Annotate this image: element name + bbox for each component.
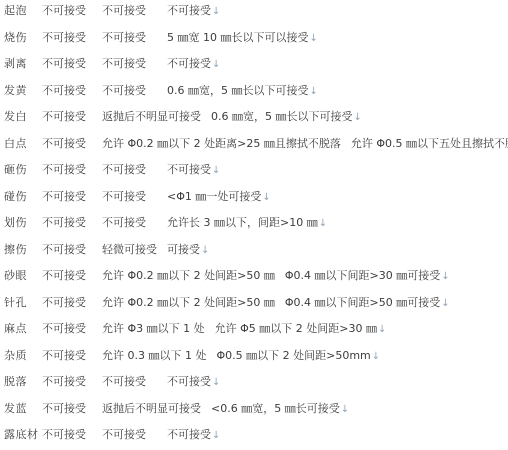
- cell-text: 0.6 ㎜宽，5 ㎜长以下可接受: [211, 110, 353, 123]
- defect-name: 麻点: [4, 322, 42, 335]
- criteria-incoming: 不可接受: [42, 31, 102, 44]
- table-row: 砸伤不可接受不可接受不可接受↓: [4, 163, 508, 190]
- defect-name: 砸伤: [4, 163, 42, 176]
- criteria-process: 不可接受: [102, 190, 167, 203]
- criteria-process: 不可接受: [102, 4, 167, 17]
- criteria-final: 不可接受↓: [167, 375, 220, 389]
- cell-text: 允许 Φ0.5 ㎜以下五处且擦拭不脱落: [351, 137, 508, 150]
- defect-name: 划伤: [4, 216, 42, 229]
- criteria-process: 允许 Φ0.2 ㎜以下 2 处间距>50 ㎜: [102, 296, 285, 309]
- line-break-mark-icon: ↓: [340, 404, 349, 415]
- cell-text: 可接受: [167, 243, 200, 256]
- criteria-incoming: 不可接受: [42, 296, 102, 309]
- defect-name: 起泡: [4, 4, 42, 17]
- defect-name: 碰伤: [4, 190, 42, 203]
- defect-name: 露底材: [4, 428, 42, 441]
- defect-name: 发白: [4, 110, 42, 123]
- criteria-final: 不可接受↓: [167, 4, 220, 18]
- defect-name: 擦伤: [4, 243, 42, 256]
- cell-text: 允许长 3 ㎜以下，间距>10 ㎜: [167, 216, 318, 229]
- table-row: 起泡不可接受不可接受不可接受↓: [4, 4, 508, 31]
- line-break-mark-icon: ↓: [261, 192, 270, 203]
- criteria-final: 不可接受↓: [167, 57, 220, 71]
- table-row: 露底材不可接受不可接受不可接受↓: [4, 428, 508, 450]
- table-row: 发黄不可接受不可接受0.6 ㎜宽，5 ㎜长以下可接受↓: [4, 84, 508, 111]
- criteria-process: 允许 Φ3 ㎜以下 1 处: [102, 322, 215, 335]
- line-break-mark-icon: ↓: [371, 351, 380, 362]
- cell-text: 不可接受: [167, 163, 211, 176]
- defect-name: 发黄: [4, 84, 42, 97]
- cell-text: Φ0.4 ㎜以下间距>30 ㎜可接受: [285, 269, 440, 282]
- criteria-final: 不可接受↓: [167, 163, 220, 177]
- table-row: 剥离不可接受不可接受不可接受↓: [4, 57, 508, 84]
- cell-text: 5 ㎜宽 10 ㎜长以下可以接受: [167, 31, 309, 44]
- criteria-incoming: 不可接受: [42, 375, 102, 388]
- table-row: 砂眼不可接受允许 Φ0.2 ㎜以下 2 处间距>50 ㎜Φ0.4 ㎜以下间距>3…: [4, 269, 508, 296]
- criteria-incoming: 不可接受: [42, 428, 102, 441]
- criteria-process: 不可接受: [102, 216, 167, 229]
- line-break-mark-icon: ↓: [309, 86, 318, 97]
- defect-name: 杂质: [4, 349, 42, 362]
- table-row: 擦伤不可接受轻微可接受可接受↓: [4, 243, 508, 270]
- cell-text: 允许 Φ5 ㎜以下 2 处间距>30 ㎜: [215, 322, 377, 335]
- defect-name: 脱落: [4, 375, 42, 388]
- line-break-mark-icon: ↓: [440, 271, 449, 282]
- criteria-final: 0.6 ㎜宽，5 ㎜长以下可接受↓: [167, 84, 318, 98]
- criteria-incoming: 不可接受: [42, 349, 102, 362]
- line-break-mark-icon: ↓: [211, 430, 220, 441]
- criteria-incoming: 不可接受: [42, 57, 102, 70]
- criteria-incoming: 不可接受: [42, 402, 102, 415]
- line-break-mark-icon: ↓: [318, 218, 327, 229]
- criteria-incoming: 不可接受: [42, 137, 102, 150]
- criteria-process: 不可接受: [102, 31, 167, 44]
- line-break-mark-icon: ↓: [353, 112, 362, 123]
- criteria-final: 允许长 3 ㎜以下，间距>10 ㎜↓: [167, 216, 327, 230]
- criteria-incoming: 不可接受: [42, 4, 102, 17]
- defect-name: 砂眼: [4, 269, 42, 282]
- criteria-final: Φ0.4 ㎜以下间距>50 ㎜可接受↓: [285, 296, 450, 310]
- cell-text: 不可接受: [167, 4, 211, 17]
- table-row: 划伤不可接受不可接受允许长 3 ㎜以下，间距>10 ㎜↓: [4, 216, 508, 243]
- criteria-final: 5 ㎜宽 10 ㎜长以下可以接受↓: [167, 31, 318, 45]
- line-break-mark-icon: ↓: [211, 165, 220, 176]
- table-row: 脱落不可接受不可接受不可接受↓: [4, 375, 508, 402]
- line-break-mark-icon: ↓: [200, 245, 209, 256]
- line-break-mark-icon: ↓: [309, 33, 318, 44]
- cell-text: Φ0.4 ㎜以下间距>50 ㎜可接受: [285, 296, 440, 309]
- cell-text: 不可接受: [167, 375, 211, 388]
- cell-text: 不可接受: [167, 428, 211, 441]
- cell-text: 0.6 ㎜宽，5 ㎜长以下可接受: [167, 84, 309, 97]
- line-break-mark-icon: ↓: [211, 377, 220, 388]
- defect-name: 白点: [4, 137, 42, 150]
- criteria-process: 不可接受: [102, 375, 167, 388]
- line-break-mark-icon: ↓: [211, 6, 220, 17]
- criteria-process: 返抛后不明显可接受: [102, 110, 211, 123]
- table-row: 碰伤不可接受不可接受<Φ1 ㎜一处可接受↓: [4, 190, 508, 217]
- criteria-incoming: 不可接受: [42, 190, 102, 203]
- criteria-process: 不可接受: [102, 57, 167, 70]
- table-row: 烧伤不可接受不可接受5 ㎜宽 10 ㎜长以下可以接受↓: [4, 31, 508, 58]
- table-row: 针孔不可接受允许 Φ0.2 ㎜以下 2 处间距>50 ㎜Φ0.4 ㎜以下间距>5…: [4, 296, 508, 323]
- criteria-process: 不可接受: [102, 428, 167, 441]
- criteria-final: Φ0.4 ㎜以下间距>30 ㎜可接受↓: [285, 269, 450, 283]
- criteria-process: 不可接受: [102, 163, 167, 176]
- cell-text: 不可接受: [167, 57, 211, 70]
- defect-name: 发蓝: [4, 402, 42, 415]
- table-row: 麻点不可接受允许 Φ3 ㎜以下 1 处允许 Φ5 ㎜以下 2 处间距>30 ㎜↓: [4, 322, 508, 349]
- criteria-final: Φ0.5 ㎜以下 2 处间距>50mm↓: [216, 349, 380, 363]
- criteria-process: 轻微可接受: [102, 243, 167, 256]
- criteria-process: 允许 Φ0.2 ㎜以下 2 处距离>25 ㎜且擦拭不脱落: [102, 137, 351, 150]
- criteria-incoming: 不可接受: [42, 216, 102, 229]
- cell-text: Φ0.5 ㎜以下 2 处间距>50mm: [216, 349, 370, 362]
- defect-acceptance-table: 起泡不可接受不可接受不可接受↓烧伤不可接受不可接受5 ㎜宽 10 ㎜长以下可以接…: [0, 0, 508, 450]
- criteria-final: <0.6 ㎜宽，5 ㎜长可接受↓: [211, 402, 349, 416]
- criteria-process: 返抛后不明显可接受: [102, 402, 211, 415]
- defect-name: 烧伤: [4, 31, 42, 44]
- defect-name: 剥离: [4, 57, 42, 70]
- criteria-final: 不可接受↓: [167, 428, 220, 442]
- table-row: 发蓝不可接受返抛后不明显可接受<0.6 ㎜宽，5 ㎜长可接受↓: [4, 402, 508, 429]
- cell-text: <0.6 ㎜宽，5 ㎜长可接受: [211, 402, 340, 415]
- criteria-incoming: 不可接受: [42, 243, 102, 256]
- line-break-mark-icon: ↓: [377, 324, 386, 335]
- criteria-process: 允许 Φ0.2 ㎜以下 2 处间距>50 ㎜: [102, 269, 285, 282]
- criteria-incoming: 不可接受: [42, 110, 102, 123]
- line-break-mark-icon: ↓: [211, 59, 220, 70]
- criteria-final: 允许 Φ5 ㎜以下 2 处间距>30 ㎜↓: [215, 322, 387, 336]
- criteria-process: 不可接受: [102, 84, 167, 97]
- table-row: 杂质不可接受允许 0.3 ㎜以下 1 处Φ0.5 ㎜以下 2 处间距>50mm↓: [4, 349, 508, 376]
- criteria-incoming: 不可接受: [42, 269, 102, 282]
- criteria-final: <Φ1 ㎜一处可接受↓: [167, 190, 271, 204]
- criteria-process: 允许 0.3 ㎜以下 1 处: [102, 349, 216, 362]
- criteria-final: 0.6 ㎜宽，5 ㎜长以下可接受↓: [211, 110, 362, 124]
- criteria-incoming: 不可接受: [42, 84, 102, 97]
- cell-text: <Φ1 ㎜一处可接受: [167, 190, 261, 203]
- criteria-incoming: 不可接受: [42, 322, 102, 335]
- table-row: 发白不可接受返抛后不明显可接受0.6 ㎜宽，5 ㎜长以下可接受↓: [4, 110, 508, 137]
- defect-name: 针孔: [4, 296, 42, 309]
- criteria-final: 允许 Φ0.5 ㎜以下五处且擦拭不脱落↓: [351, 137, 508, 151]
- criteria-incoming: 不可接受: [42, 163, 102, 176]
- table-row: 白点不可接受允许 Φ0.2 ㎜以下 2 处距离>25 ㎜且擦拭不脱落允许 Φ0.…: [4, 137, 508, 164]
- criteria-final: 可接受↓: [167, 243, 209, 257]
- line-break-mark-icon: ↓: [440, 298, 449, 309]
